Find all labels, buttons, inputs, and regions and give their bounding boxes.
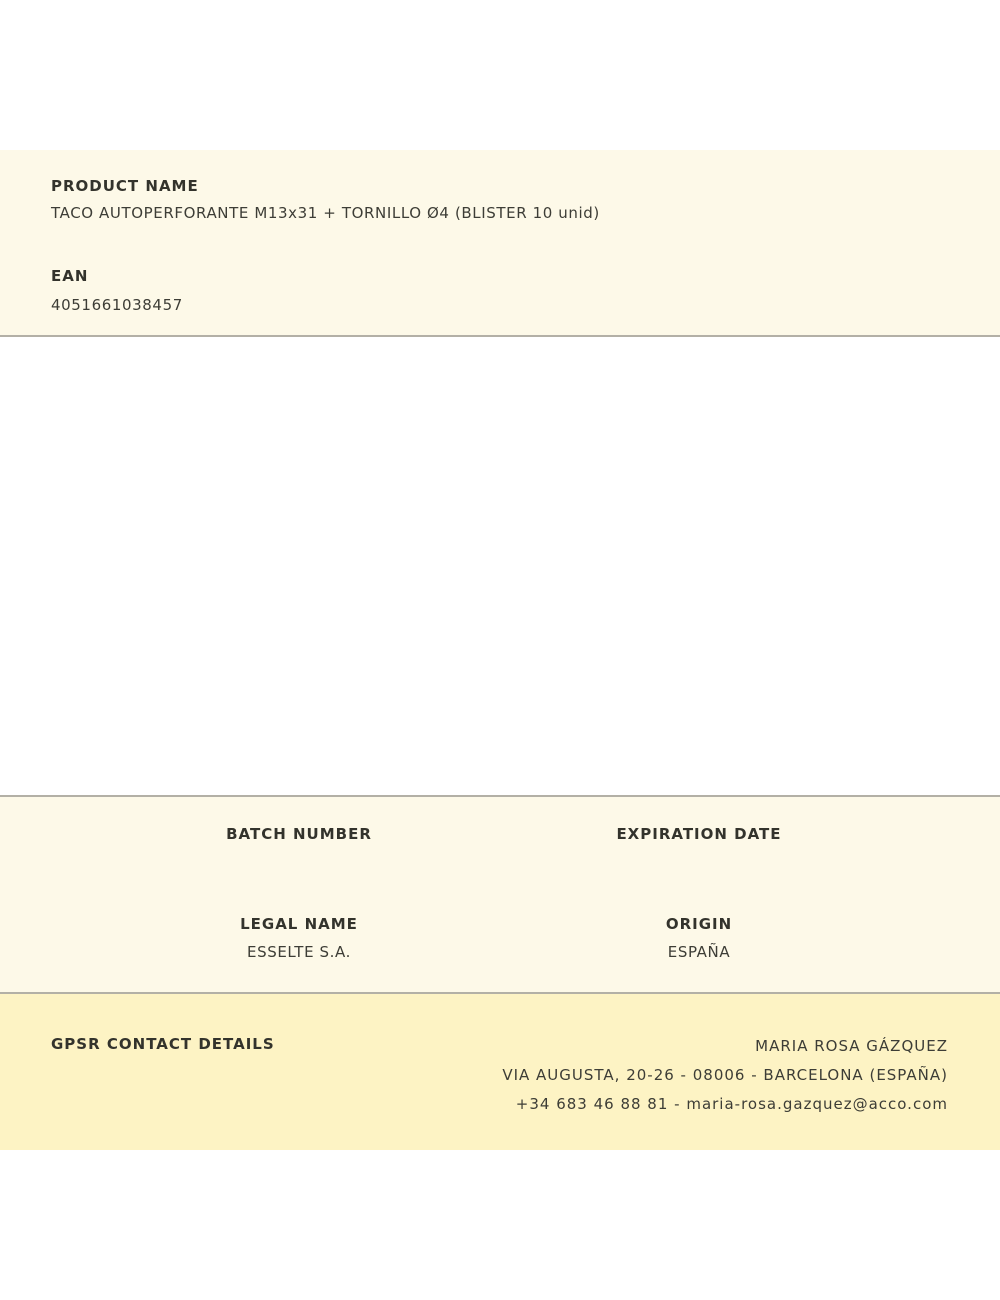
ean-value: 4051661038457 [51,296,183,314]
contact-details: MARIA ROSA GÁZQUEZ VIA AUGUSTA, 20-26 - … [502,1032,948,1119]
origin-field: ORIGIN ESPAÑA [549,915,849,961]
product-name-label: PRODUCT NAME [51,177,199,195]
contact-name: MARIA ROSA GÁZQUEZ [502,1032,948,1061]
product-label-page: PRODUCT NAME TACO AUTOPERFORANTE M13x31 … [0,0,1000,1300]
legal-name-label: LEGAL NAME [149,915,449,933]
contact-phone-email: +34 683 46 88 81 - maria-rosa.gazquez@ac… [502,1090,948,1119]
product-name-value: TACO AUTOPERFORANTE M13x31 + TORNILLO Ø4… [51,204,600,222]
origin-label: ORIGIN [549,915,849,933]
legal-name-field: LEGAL NAME ESSELTE S.A. [149,915,449,961]
legal-name-value: ESSELTE S.A. [149,943,449,961]
gpsr-contact-label: GPSR CONTACT DETAILS [51,1035,275,1053]
expiration-date-field: EXPIRATION DATE [549,825,849,853]
gpsr-contact-section: GPSR CONTACT DETAILS MARIA ROSA GÁZQUEZ … [0,994,1000,1150]
origin-value: ESPAÑA [549,943,849,961]
details-section: BATCH NUMBER EXPIRATION DATE LEGAL NAME … [0,795,1000,994]
product-info-section: PRODUCT NAME TACO AUTOPERFORANTE M13x31 … [0,150,1000,337]
ean-label: EAN [51,267,88,285]
batch-number-label: BATCH NUMBER [149,825,449,843]
batch-number-field: BATCH NUMBER [149,825,449,853]
contact-address: VIA AUGUSTA, 20-26 - 08006 - BARCELONA (… [502,1061,948,1090]
expiration-date-label: EXPIRATION DATE [549,825,849,843]
